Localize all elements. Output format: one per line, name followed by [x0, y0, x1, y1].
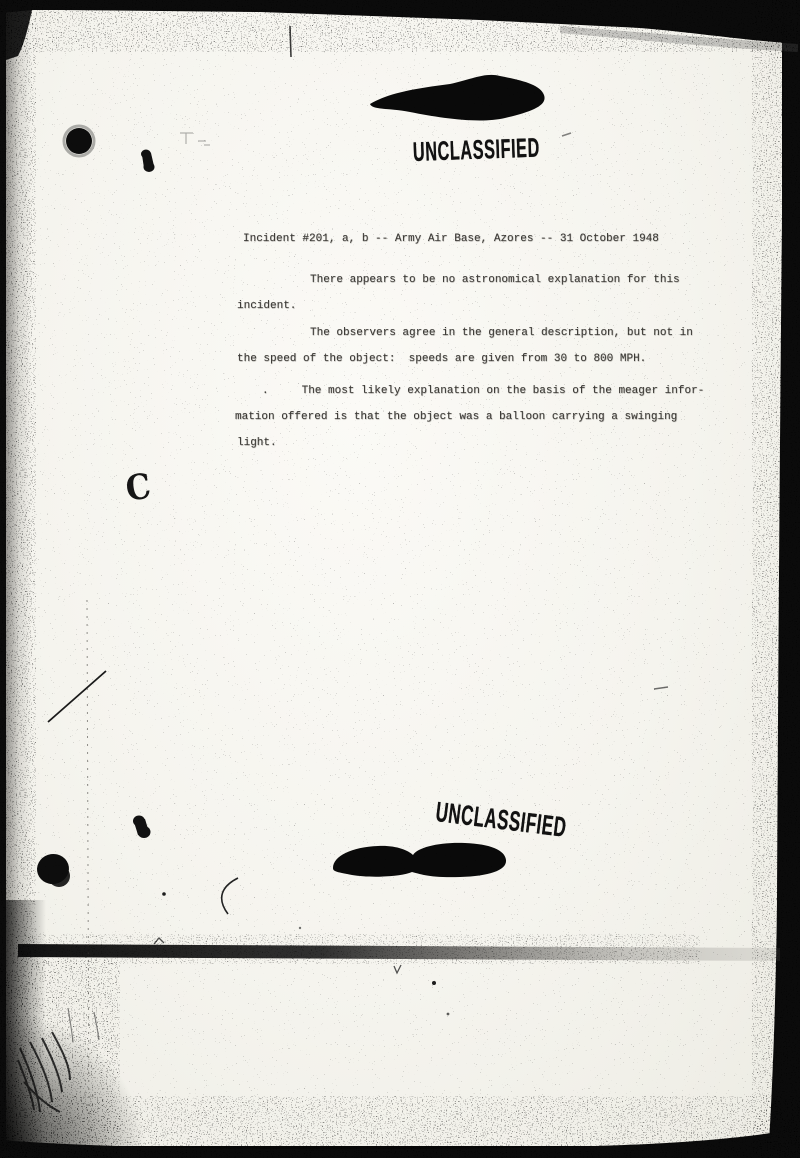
typewritten-text-block: Incident #201, a, b -- Army Air Base, Az…	[237, 226, 777, 456]
body-line: light.	[237, 430, 777, 456]
incident-heading: Incident #201, a, b -- Army Air Base, Az…	[243, 226, 777, 252]
bottom-left-corner-shadow	[0, 1000, 160, 1158]
body-line: mation offered is that the object was a …	[235, 404, 777, 430]
body-line: The observers agree in the general descr…	[237, 320, 777, 346]
body-line: the speed of the object: speeds are give…	[237, 346, 777, 372]
unclassified-stamp-top: UNCLASSIFIED	[412, 133, 540, 168]
body-line: There appears to be no astronomical expl…	[237, 267, 777, 293]
scanned-document-page: Incident #201, a, b -- Army Air Base, Az…	[0, 0, 800, 1158]
paper-sheet	[6, 8, 782, 1146]
body-line: . The most likely explanation on the bas…	[237, 378, 777, 404]
body-line: incident.	[237, 293, 777, 319]
